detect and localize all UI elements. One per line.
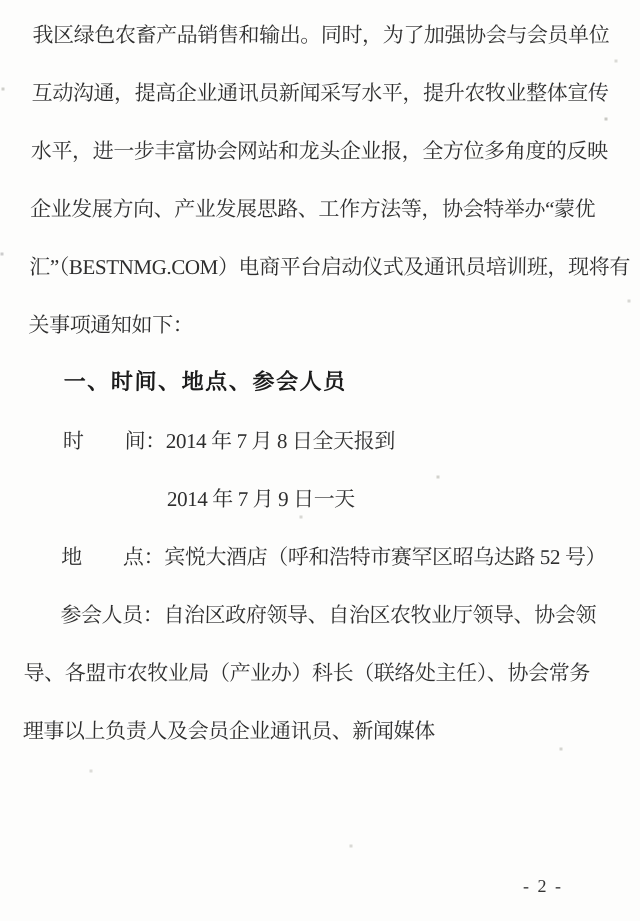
paragraph-line: 互动沟通，提高企业通讯员新闻采写水平，提升农牧业整体宣传 bbox=[31, 78, 608, 108]
scanned-document-page: 我区绿色农畜产品销售和输出。同时，为了加强协会与会员单位 互动沟通，提高企业通讯… bbox=[0, 0, 640, 921]
paragraph-line: 水平，进一步丰富协会网站和龙头企业报，全方位多角度的反映 bbox=[31, 136, 608, 166]
page-number: - 2 - bbox=[523, 876, 563, 897]
paragraph-line: 我区绿色农畜产品销售和输出。同时，为了加强协会与会员单位 bbox=[32, 20, 609, 50]
paragraph-line: 汇”（BESTNMG.COM）电商平台启动仪式及通讯员培训班，现将有 bbox=[29, 252, 630, 282]
paragraph-line: 企业发展方向、产业发展思路、工作方法等，协会特举办“蒙优 bbox=[30, 194, 596, 224]
attendees-line-2: 导、各盟市农牧业局（产业办）科长（联络处主任）、协会常务 bbox=[23, 658, 590, 688]
attendees-line-3: 理事以上负责人及会员企业通讯员、新闻媒体 bbox=[23, 716, 435, 746]
meeting-time-line-2: 2014 年 7 月 9 日一天 bbox=[167, 484, 355, 514]
scan-noise bbox=[0, 0, 2, 2]
section-heading: 一、时间、地点、参会人员 bbox=[63, 368, 347, 398]
paragraph-line: 关事项通知如下： bbox=[28, 310, 193, 340]
attendees-line-1: 参会人员：自治区政府领导、自治区农牧业厅领导、协会领 bbox=[60, 600, 596, 630]
meeting-time-line-1: 时 间：2014 年 7 月 8 日全天报到 bbox=[63, 426, 395, 456]
meeting-location-line: 地 点：宾悦大酒店（呼和浩特市赛罕区昭乌达路 52 号） bbox=[61, 542, 606, 572]
document-body: 我区绿色农畜产品销售和输出。同时，为了加强协会与会员单位 互动沟通，提高企业通讯… bbox=[20, 0, 633, 921]
